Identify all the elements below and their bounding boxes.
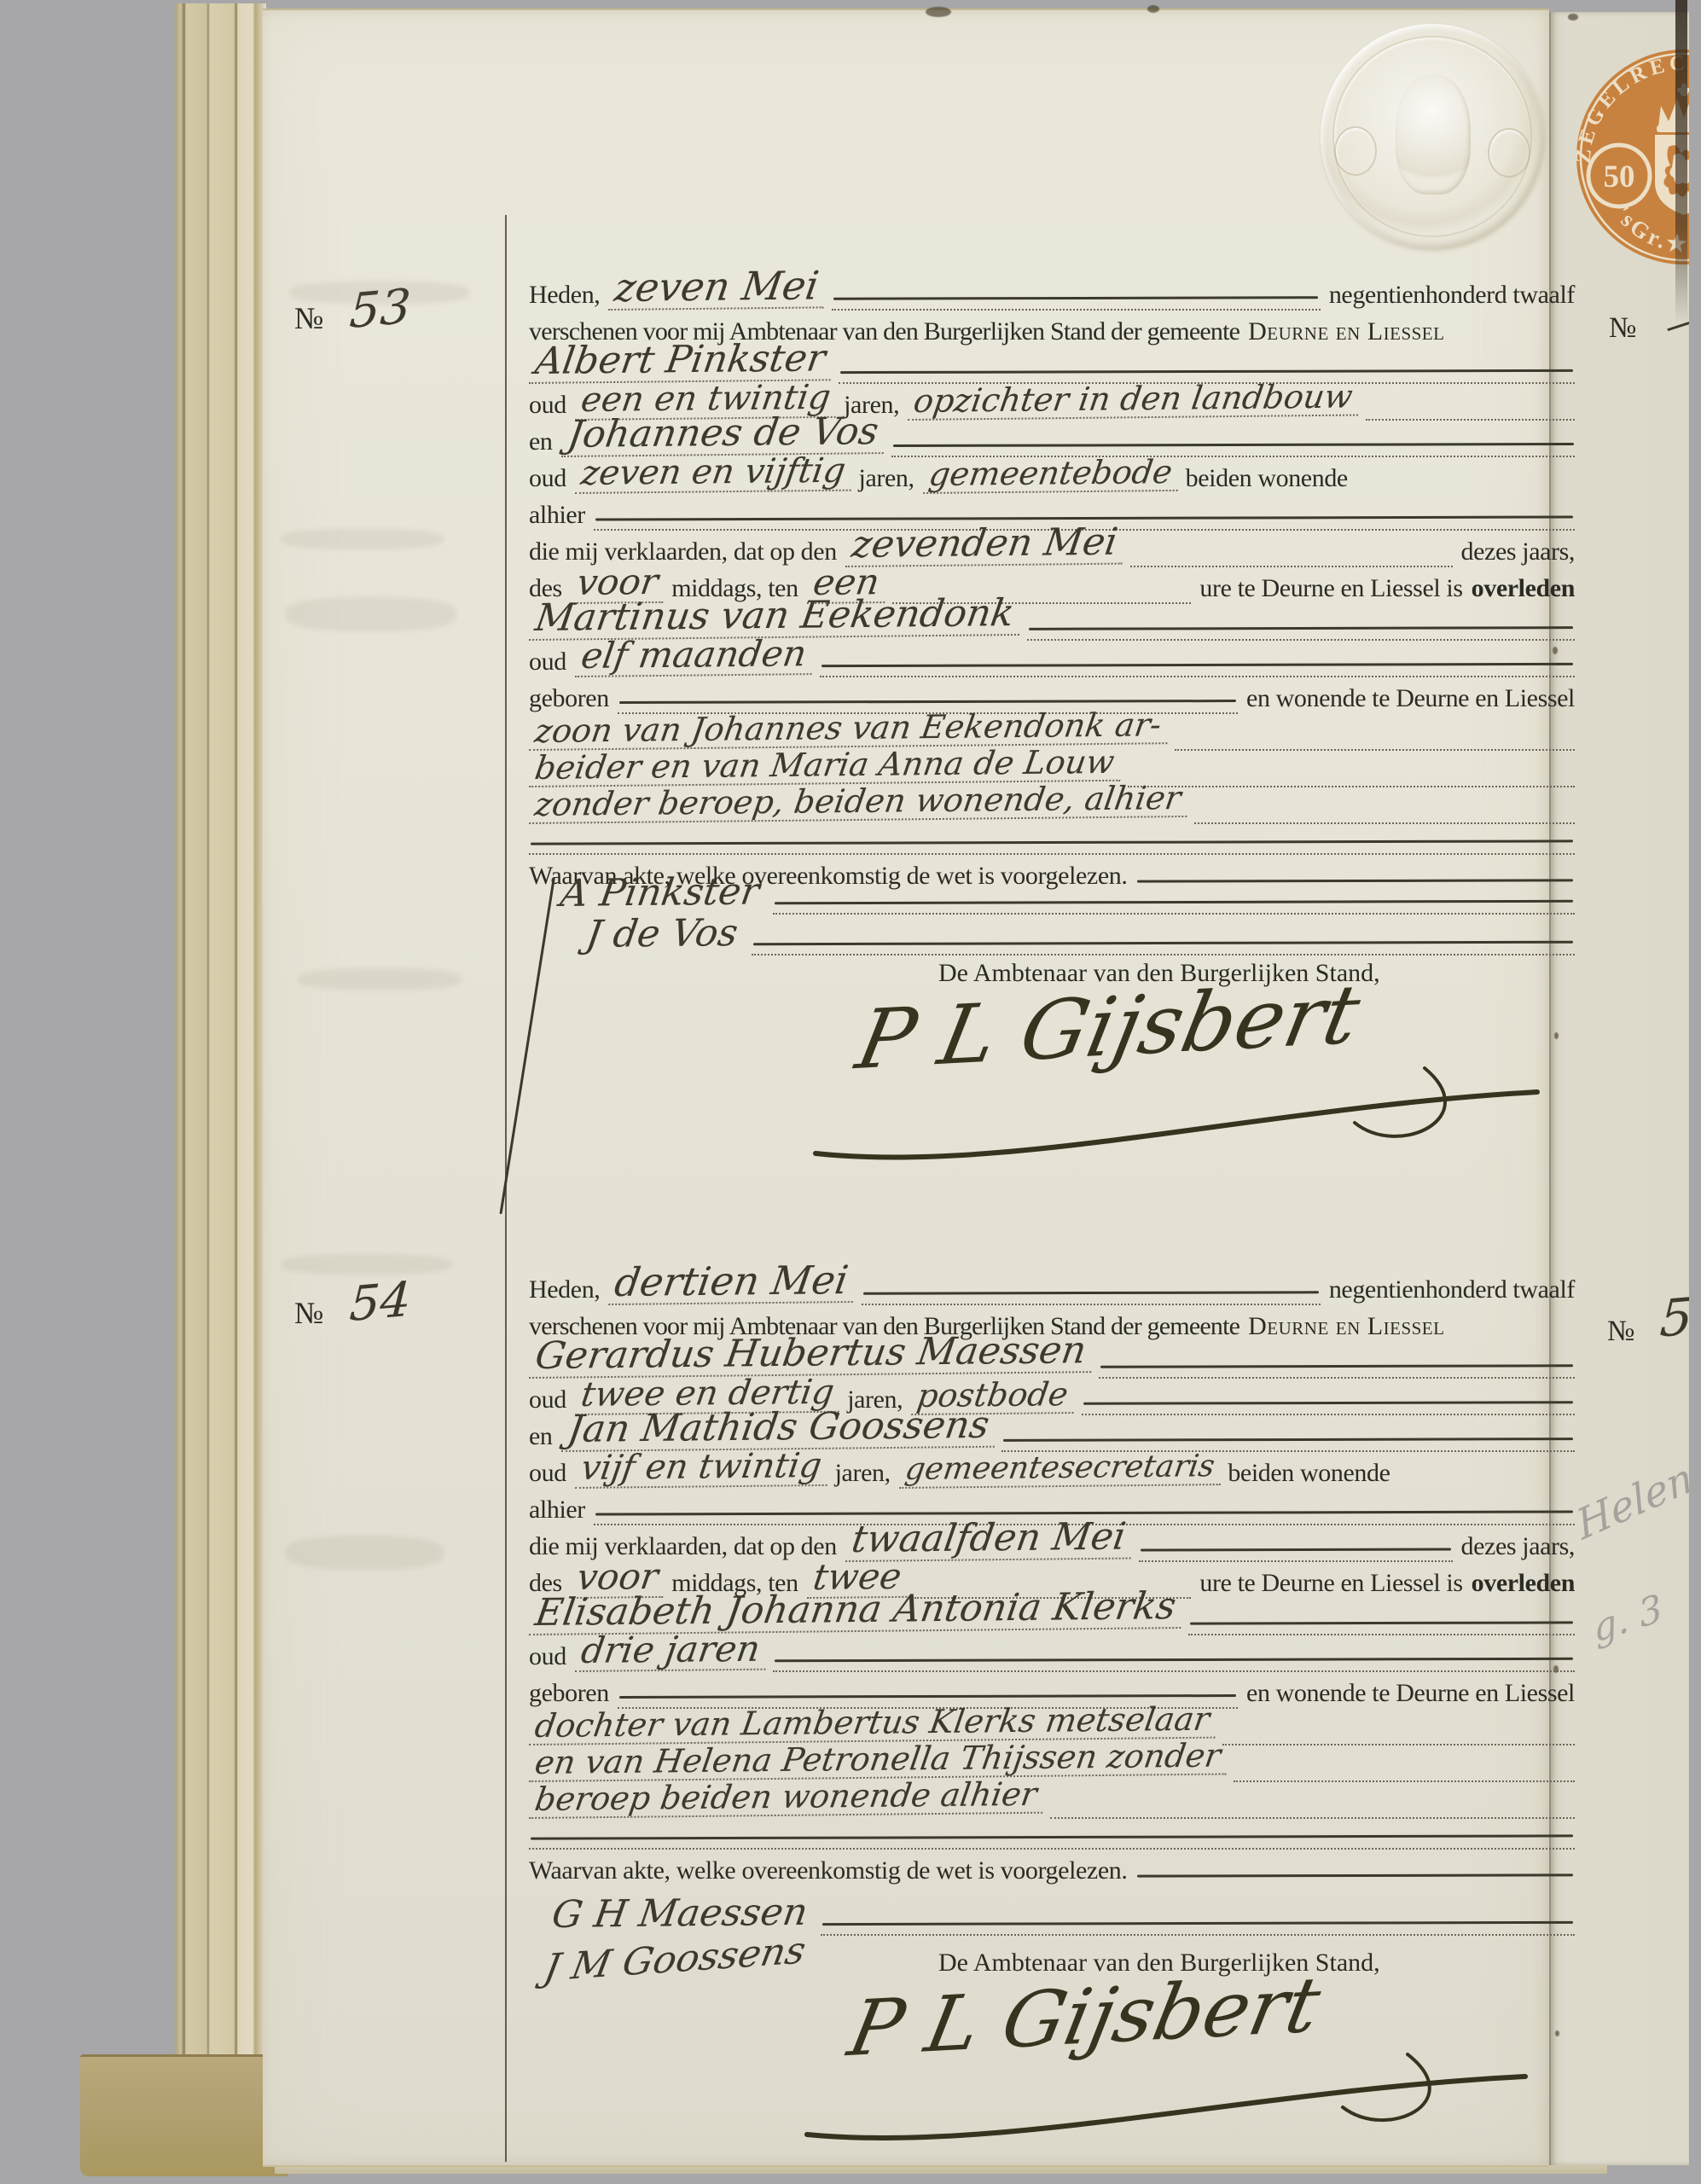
pencil-note-2: g. 3: [1590, 1586, 1666, 1652]
book-page-edges-left: [125, 3, 266, 2174]
act54-row-signature1: G H Maessen: [529, 1881, 1575, 1936]
stamp-value-roundel: 50: [1588, 145, 1650, 206]
bleed-through-smudge: [299, 968, 461, 990]
embossed-seal-roundel-right: [1488, 128, 1530, 177]
ink-speck: [1568, 14, 1578, 20]
rule-fill: [832, 268, 1320, 311]
pencil-note-1: Helen: [1571, 1453, 1689, 1549]
adjacent-act-number-partial: 5: [1658, 1287, 1689, 1349]
rule-fill: [529, 1807, 1575, 1850]
act53-row-declarant2: en Johannes de Vos: [529, 416, 1575, 457]
rule-fill: [1001, 1409, 1575, 1452]
ink-speck: [1147, 5, 1159, 13]
act54-row-declarant2: en Jan Mathids Goossens: [529, 1411, 1575, 1452]
act54-row-date: Heden, dertien Mei negentienhonderd twaa…: [529, 1264, 1575, 1305]
act53-row-signature2: J de Vos: [529, 901, 1575, 955]
act54-number: 54: [348, 1272, 412, 1333]
act54-row-blank: [529, 1809, 1575, 1850]
page-edge-shadow: [1675, 0, 1687, 324]
bleed-through-smudge: [286, 1536, 444, 1570]
act54-declarant1-name: Gerardus Hubertus Maessen: [529, 1334, 1097, 1379]
embossed-seal-roundel-left: [1334, 126, 1377, 176]
bleed-through-smudge: [282, 1254, 452, 1275]
bleed-through-smudge: [282, 529, 444, 549]
stamp-value: 50: [1604, 160, 1635, 195]
act54-signature2: J M Goossens: [537, 1934, 816, 1989]
act54-signature1: G H Maessen: [546, 1896, 818, 1936]
act53-signature-flourish: [802, 1058, 1553, 1169]
act53-signature2: J de Vos: [580, 916, 748, 955]
act53-row-date: Heden, zeven Mei negentienhonderd twaalf: [529, 270, 1575, 311]
page-edge-bottom-left: [80, 2054, 288, 2176]
revenue-stamp: ZEGELRECHT ME 'sGr.★ 19 50: [1573, 46, 1689, 268]
act53-row-blank: [529, 814, 1575, 855]
act54-signature-flourish: [793, 2046, 1544, 2148]
act54-row-signature2: J M Goossens: [529, 1935, 921, 1989]
rule-fill: [529, 812, 1575, 855]
rule-fill: [752, 899, 1575, 955]
act53-no-symbol: №: [294, 300, 323, 336]
act53-day-entry: zeven Mei: [608, 268, 829, 311]
ink-speck: [926, 7, 951, 17]
rule-fill: [862, 1263, 1321, 1305]
act54-declarant2-name: Jan Mathids Goossens: [561, 1409, 1000, 1452]
embossed-seal: [1321, 24, 1544, 249]
act54-no-symbol: №: [294, 1295, 323, 1331]
adjacent-no-symbol-bottom: №: [1607, 1316, 1634, 1348]
ink-speck: [1554, 1032, 1559, 1039]
bleed-through-smudge: [286, 597, 456, 631]
rule-fill: [821, 1879, 1575, 1936]
ink-speck: [1555, 2030, 1559, 2036]
embossed-seal-crest: [1396, 75, 1471, 195]
rule-fill: [891, 415, 1576, 457]
act54-day-entry: dertien Mei: [608, 1263, 859, 1305]
adjacent-no-symbol-top: №: [1609, 312, 1636, 345]
